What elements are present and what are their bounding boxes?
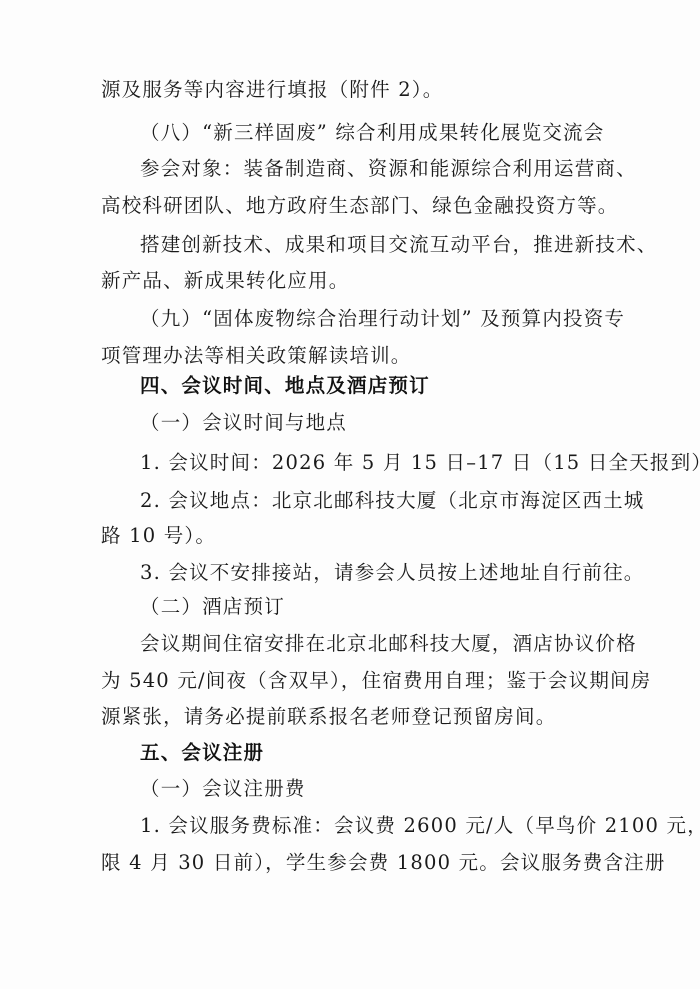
text-line: 新产品、新成果转化应用。 bbox=[101, 269, 601, 293]
paragraph-line: 3. 会议不安排接站，请参会人员按上述地址自行前往。 bbox=[140, 561, 640, 585]
text-line: 源紧张，请务必提前联系报名老师登记预留房间。 bbox=[101, 705, 601, 729]
subsection-heading: （八）“新三样固废” 综合利用成果转化展览交流会 bbox=[140, 121, 640, 145]
text-line: 路 10 号）。 bbox=[101, 524, 601, 548]
paragraph-line: 1. 会议时间：2026 年 5 月 15 日–17 日（15 日全天报到）。 bbox=[140, 451, 640, 475]
section-heading: 四、会议时间、地点及酒店预订 bbox=[140, 374, 640, 398]
text-line: 限 4 月 30 日前），学生参会费 1800 元。会议服务费含注册 bbox=[101, 851, 601, 875]
subsection-heading: （一）会议时间与地点 bbox=[140, 411, 640, 435]
subsection-heading: （二）酒店预订 bbox=[140, 595, 640, 619]
text-line: 为 540 元/间夜（含双早），住宿费用自理；鉴于会议期间房 bbox=[101, 669, 601, 693]
paragraph-line: 2. 会议地点：北京北邮科技大厦（北京市海淀区西土城 bbox=[140, 489, 640, 513]
text-line: 源及服务等内容进行填报（附件 2）。 bbox=[101, 78, 601, 102]
paragraph-line: 搭建创新技术、成果和项目交流互动平台，推进新技术、 bbox=[140, 233, 640, 257]
document-page: 源及服务等内容进行填报（附件 2）。 （八）“新三样固废” 综合利用成果转化展览… bbox=[0, 0, 700, 989]
text-line: 高校科研团队、地方政府生态部门、绿色金融投资方等。 bbox=[101, 194, 601, 218]
paragraph-line: 会议期间住宿安排在北京北邮科技大厦，酒店协议价格 bbox=[140, 632, 640, 656]
text-line: 项管理办法等相关政策解读培训。 bbox=[101, 344, 601, 368]
subsection-heading: （一）会议注册费 bbox=[140, 777, 640, 801]
subsection-heading: （九）“固体废物综合治理行动计划” 及预算内投资专 bbox=[140, 307, 640, 331]
paragraph-line: 参会对象：装备制造商、资源和能源综合利用运营商、 bbox=[140, 157, 640, 181]
paragraph-line: 1. 会议服务费标准：会议费 2600 元/人（早鸟价 2100 元， bbox=[140, 814, 640, 838]
section-heading: 五、会议注册 bbox=[140, 741, 640, 765]
